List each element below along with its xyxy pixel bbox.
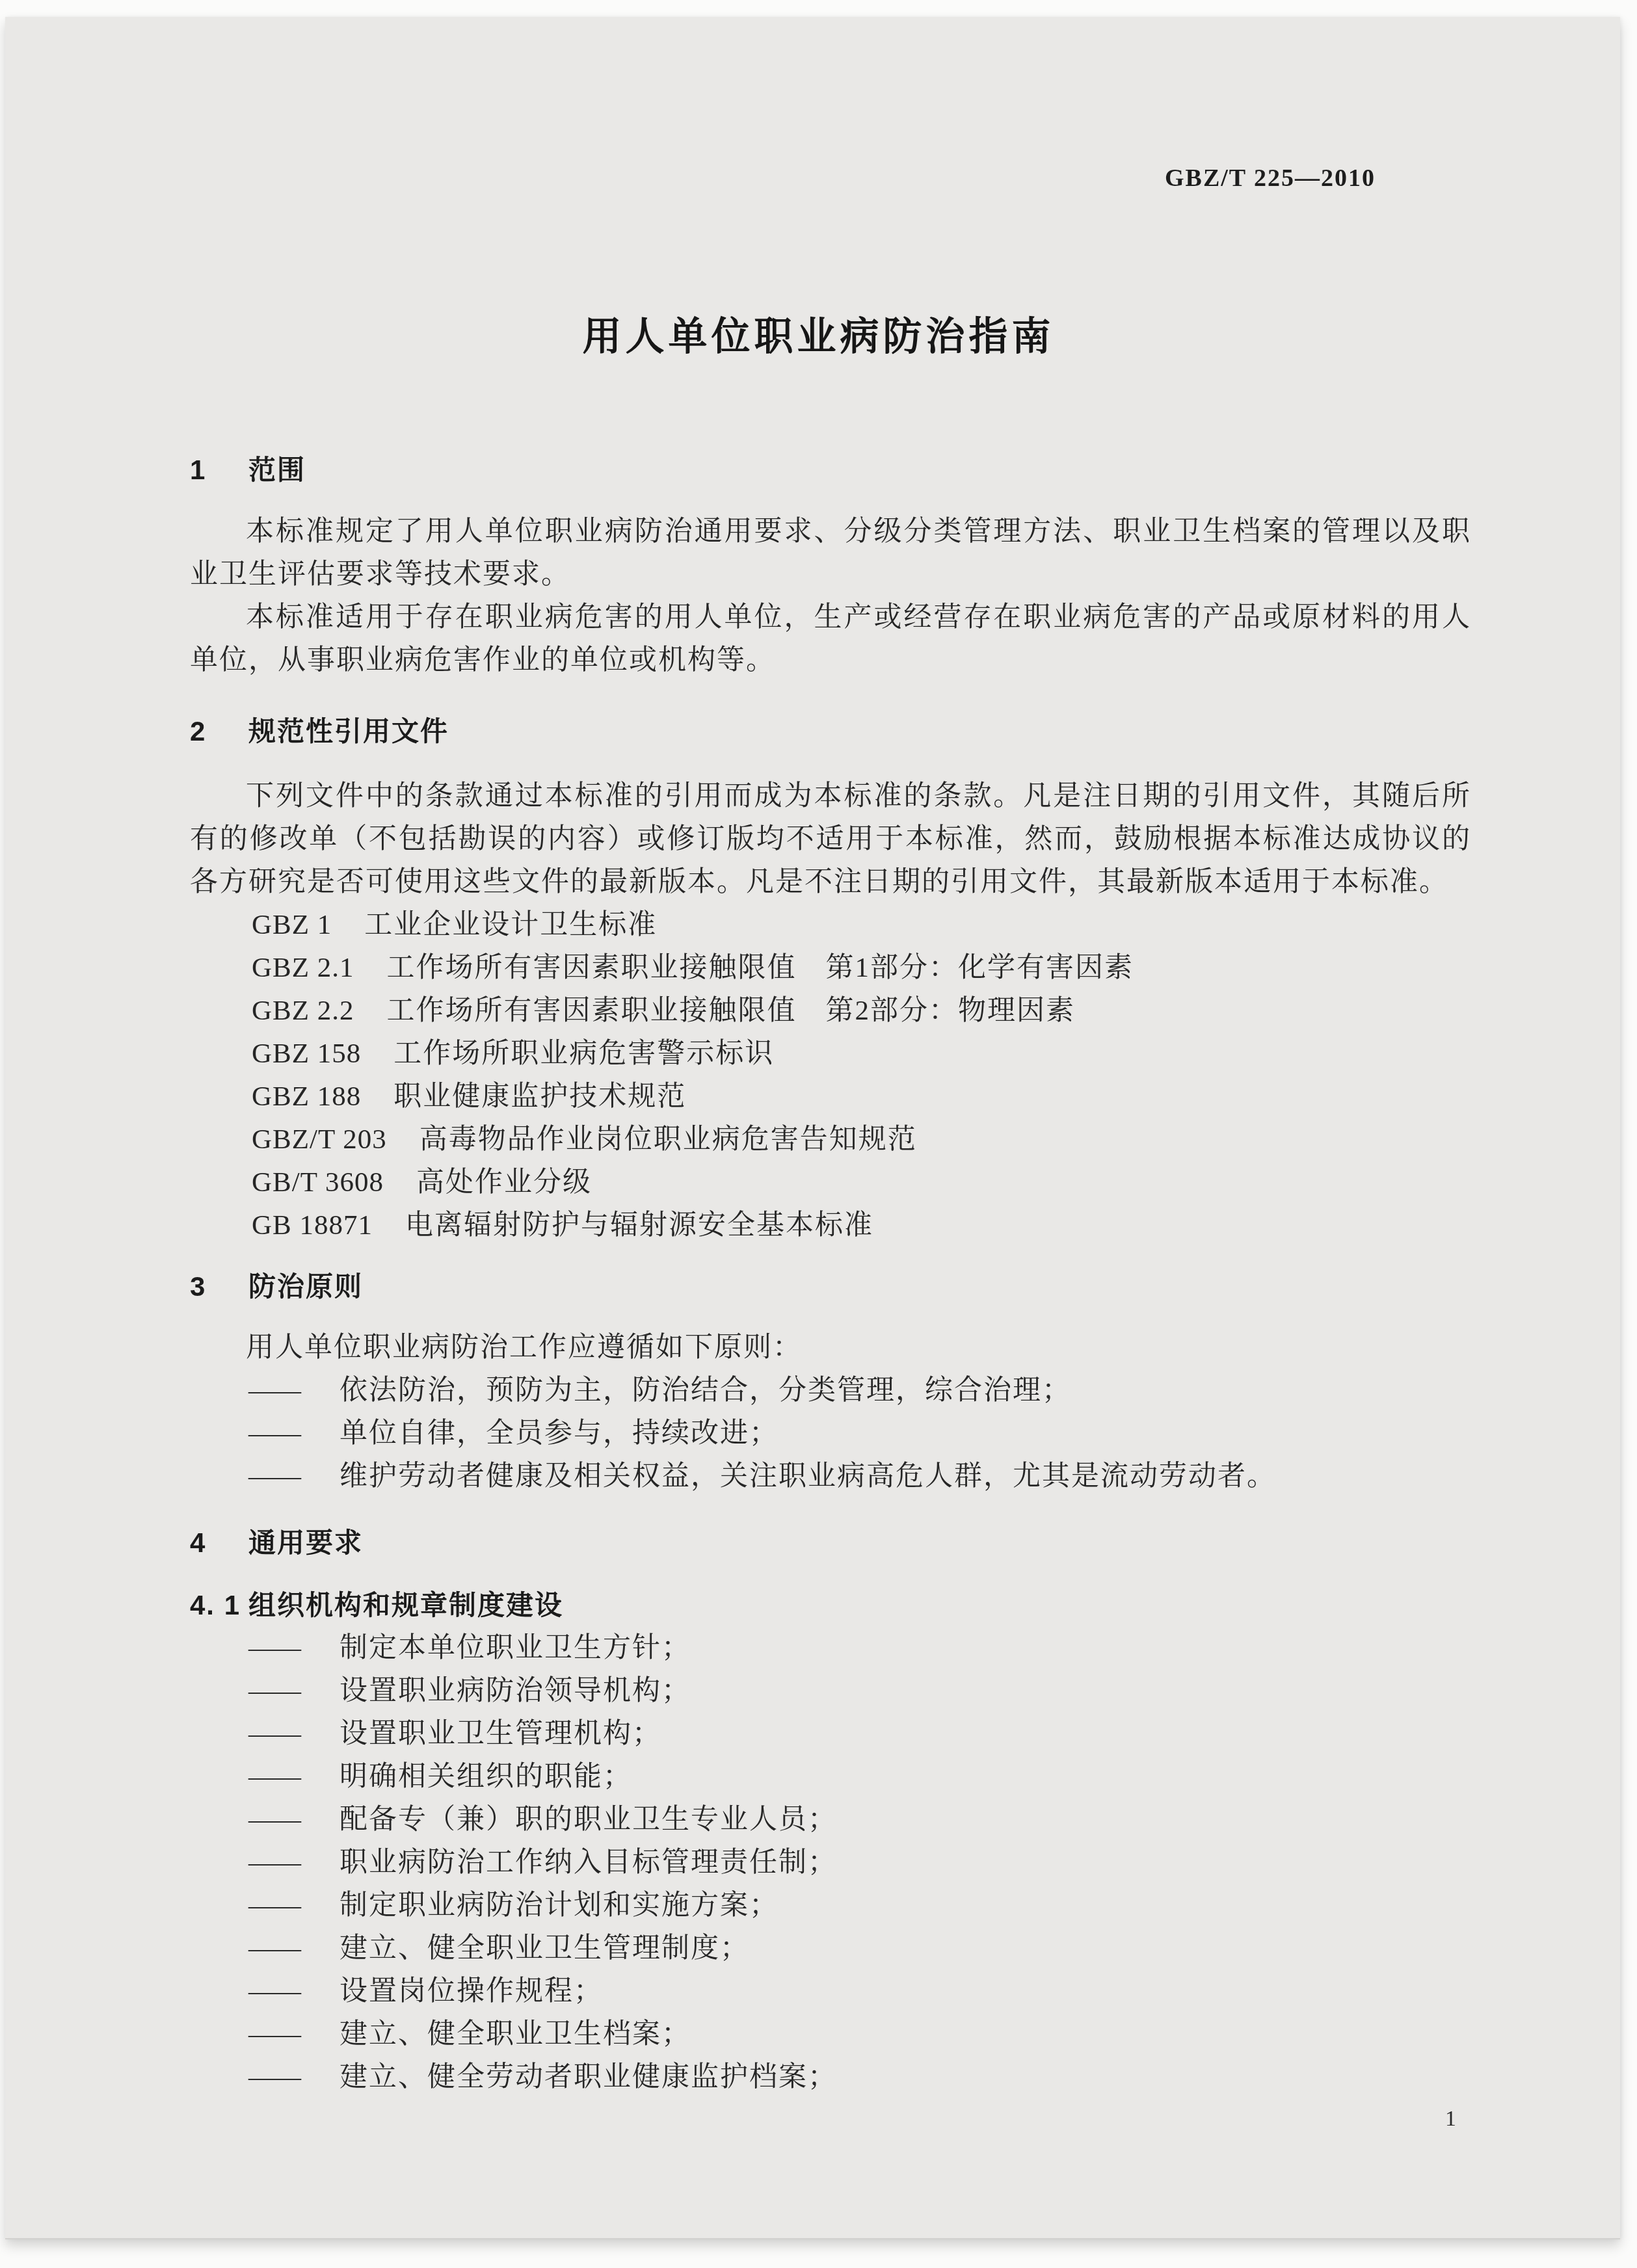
reference-code: GBZ/T 203 xyxy=(252,1118,387,1161)
dash-marker: —— xyxy=(248,1369,339,1412)
reference-item: GBZ 2.1工作场所有害因素职业接触限值 第1部分：化学有害因素 xyxy=(190,947,1471,990)
dash-marker: —— xyxy=(248,1970,339,2013)
list-item: —— 建立、健全劳动者职业健康监护档案； xyxy=(190,2056,1471,2099)
dash-marker: —— xyxy=(248,1927,339,1970)
section-3-title: 防治原则 xyxy=(248,1271,363,1302)
reference-title: 职业健康监护技术规范 xyxy=(393,1081,686,1112)
section-4-heading: 4通用要求 xyxy=(190,1522,1471,1564)
section-4-1-heading: 4. 1组织机构和规章制度建设 xyxy=(190,1584,1471,1627)
dash-marker: —— xyxy=(248,1756,339,1799)
list-item-text: 依法防治，预防为主，防治结合，分类管理，综合治理； xyxy=(339,1369,1471,1412)
section-3-number: 3 xyxy=(190,1265,248,1308)
dash-marker: —— xyxy=(248,1799,339,1841)
section-1-paragraph: 本标准适用于存在职业病危害的用人单位，生产或经营存在职业病危害的产品或原材料的用… xyxy=(190,596,1471,682)
reference-code: GB 18871 xyxy=(252,1204,373,1247)
list-item: —— 设置职业病防治领导机构； xyxy=(190,1670,1471,1713)
reference-item: GBZ 188职业健康监护技术规范 xyxy=(190,1075,1471,1118)
list-item-text: 单位自律，全员参与，持续改进； xyxy=(339,1412,1471,1455)
list-item-text: 设置职业病防治领导机构； xyxy=(339,1670,1471,1713)
list-item-text: 建立、健全职业卫生档案； xyxy=(339,2013,1471,2056)
list-item: —— 维护劳动者健康及相关权益，关注职业病高危人群，尤其是流动劳动者。 xyxy=(190,1455,1471,1498)
list-item: —— 配备专（兼）职的职业卫生专业人员； xyxy=(190,1799,1471,1841)
list-item-text: 职业病防治工作纳入目标管理责任制； xyxy=(339,1841,1471,1884)
list-item-text: 明确相关组织的职能； xyxy=(339,1756,1471,1799)
dash-marker: —— xyxy=(248,1713,339,1756)
list-item-text: 设置职业卫生管理机构； xyxy=(339,1713,1471,1756)
document-body: 1范围 本标准规定了用人单位职业病防治通用要求、分级分类管理方法、职业卫生档案的… xyxy=(190,449,1471,2099)
reference-title: 工作场所有害因素职业接触限值 第1部分：化学有害因素 xyxy=(387,953,1134,983)
dash-marker: —— xyxy=(248,1670,339,1713)
list-item-text: 建立、健全劳动者职业健康监护档案； xyxy=(339,2056,1471,2099)
list-item-text: 设置岗位操作规程； xyxy=(339,1970,1471,2013)
section-4-1-number: 4. 1 xyxy=(190,1584,248,1627)
reference-code: GBZ 2.2 xyxy=(252,990,354,1033)
dash-marker: —— xyxy=(248,1627,339,1670)
section-1-heading: 1范围 xyxy=(190,449,1471,492)
reference-item: GB 18871电离辐射防护与辐射源安全基本标准 xyxy=(190,1204,1471,1247)
section-2-paragraph: 下列文件中的条款通过本标准的引用而成为本标准的条款。凡是注日期的引用文件，其随后… xyxy=(190,775,1471,904)
list-item: —— 建立、健全职业卫生档案； xyxy=(190,2013,1471,2056)
list-item: —— 依法防治，预防为主，防治结合，分类管理，综合治理； xyxy=(190,1369,1471,1412)
page-number: 1 xyxy=(1445,2107,1456,2131)
dash-marker: —— xyxy=(248,2056,339,2099)
list-item: —— 制定本单位职业卫生方针； xyxy=(190,1627,1471,1670)
reference-item: GBZ/T 203高毒物品作业岗位职业病危害告知规范 xyxy=(190,1118,1471,1161)
list-item: —— 单位自律，全员参与，持续改进； xyxy=(190,1412,1471,1455)
list-item: —— 设置岗位操作规程； xyxy=(190,1970,1471,2013)
reference-code: GBZ 1 xyxy=(252,904,332,947)
list-item: —— 明确相关组织的职能； xyxy=(190,1756,1471,1799)
reference-title: 工作场所职业病危害警示标识 xyxy=(393,1038,774,1069)
reference-item: GBZ 2.2工作场所有害因素职业接触限值 第2部分：物理因素 xyxy=(190,990,1471,1033)
reference-code: GBZ 158 xyxy=(252,1033,361,1075)
list-item: —— 制定职业病防治计划和实施方案； xyxy=(190,1884,1471,1927)
section-2-heading: 2规范性引用文件 xyxy=(190,710,1471,753)
section-2-number: 2 xyxy=(190,710,248,753)
dash-marker: —— xyxy=(248,2013,339,2056)
standard-code: GBZ/T 225—2010 xyxy=(1165,164,1376,192)
section-2-title: 规范性引用文件 xyxy=(248,716,449,746)
list-item-text: 配备专（兼）职的职业卫生专业人员； xyxy=(339,1799,1471,1841)
list-item-text: 制定本单位职业卫生方针； xyxy=(339,1627,1471,1670)
list-item: —— 设置职业卫生管理机构； xyxy=(190,1713,1471,1756)
section-4-title: 通用要求 xyxy=(248,1527,363,1558)
reference-item: GB/T 3608高处作业分级 xyxy=(190,1161,1471,1204)
reference-title: 高处作业分级 xyxy=(416,1167,592,1198)
document-title: 用人单位职业病防治指南 xyxy=(0,306,1637,362)
section-4-number: 4 xyxy=(190,1522,248,1564)
list-item: —— 建立、健全职业卫生管理制度； xyxy=(190,1927,1471,1970)
reference-code: GBZ 2.1 xyxy=(252,947,354,990)
reference-code: GB/T 3608 xyxy=(252,1161,384,1204)
dash-marker: —— xyxy=(248,1412,339,1455)
reference-title: 电离辐射防护与辐射源安全基本标准 xyxy=(405,1210,873,1241)
reference-item: GBZ 1工业企业设计卫生标准 xyxy=(190,904,1471,947)
dash-marker: —— xyxy=(248,1884,339,1927)
list-item-text: 维护劳动者健康及相关权益，关注职业病高危人群，尤其是流动劳动者。 xyxy=(339,1455,1471,1498)
reference-title: 工作场所有害因素职业接触限值 第2部分：物理因素 xyxy=(387,996,1076,1026)
reference-code: GBZ 188 xyxy=(252,1075,361,1118)
reference-item: GBZ 158工作场所职业病危害警示标识 xyxy=(190,1033,1471,1075)
section-3-heading: 3防治原则 xyxy=(190,1265,1471,1308)
reference-title: 工业企业设计卫生标准 xyxy=(364,910,657,940)
list-item: —— 职业病防治工作纳入目标管理责任制； xyxy=(190,1841,1471,1884)
dash-marker: —— xyxy=(248,1455,339,1498)
section-4-1-title: 组织机构和规章制度建设 xyxy=(248,1590,563,1620)
section-3-intro: 用人单位职业病防治工作应遵循如下原则： xyxy=(190,1326,1471,1369)
list-item-text: 建立、健全职业卫生管理制度； xyxy=(339,1927,1471,1970)
list-item-text: 制定职业病防治计划和实施方案； xyxy=(339,1884,1471,1927)
reference-title: 高毒物品作业岗位职业病危害告知规范 xyxy=(419,1124,917,1155)
section-1-title: 范围 xyxy=(248,455,306,485)
section-1-number: 1 xyxy=(190,449,248,492)
section-1-paragraph: 本标准规定了用人单位职业病防治通用要求、分级分类管理方法、职业卫生档案的管理以及… xyxy=(190,510,1471,596)
dash-marker: —— xyxy=(248,1841,339,1884)
